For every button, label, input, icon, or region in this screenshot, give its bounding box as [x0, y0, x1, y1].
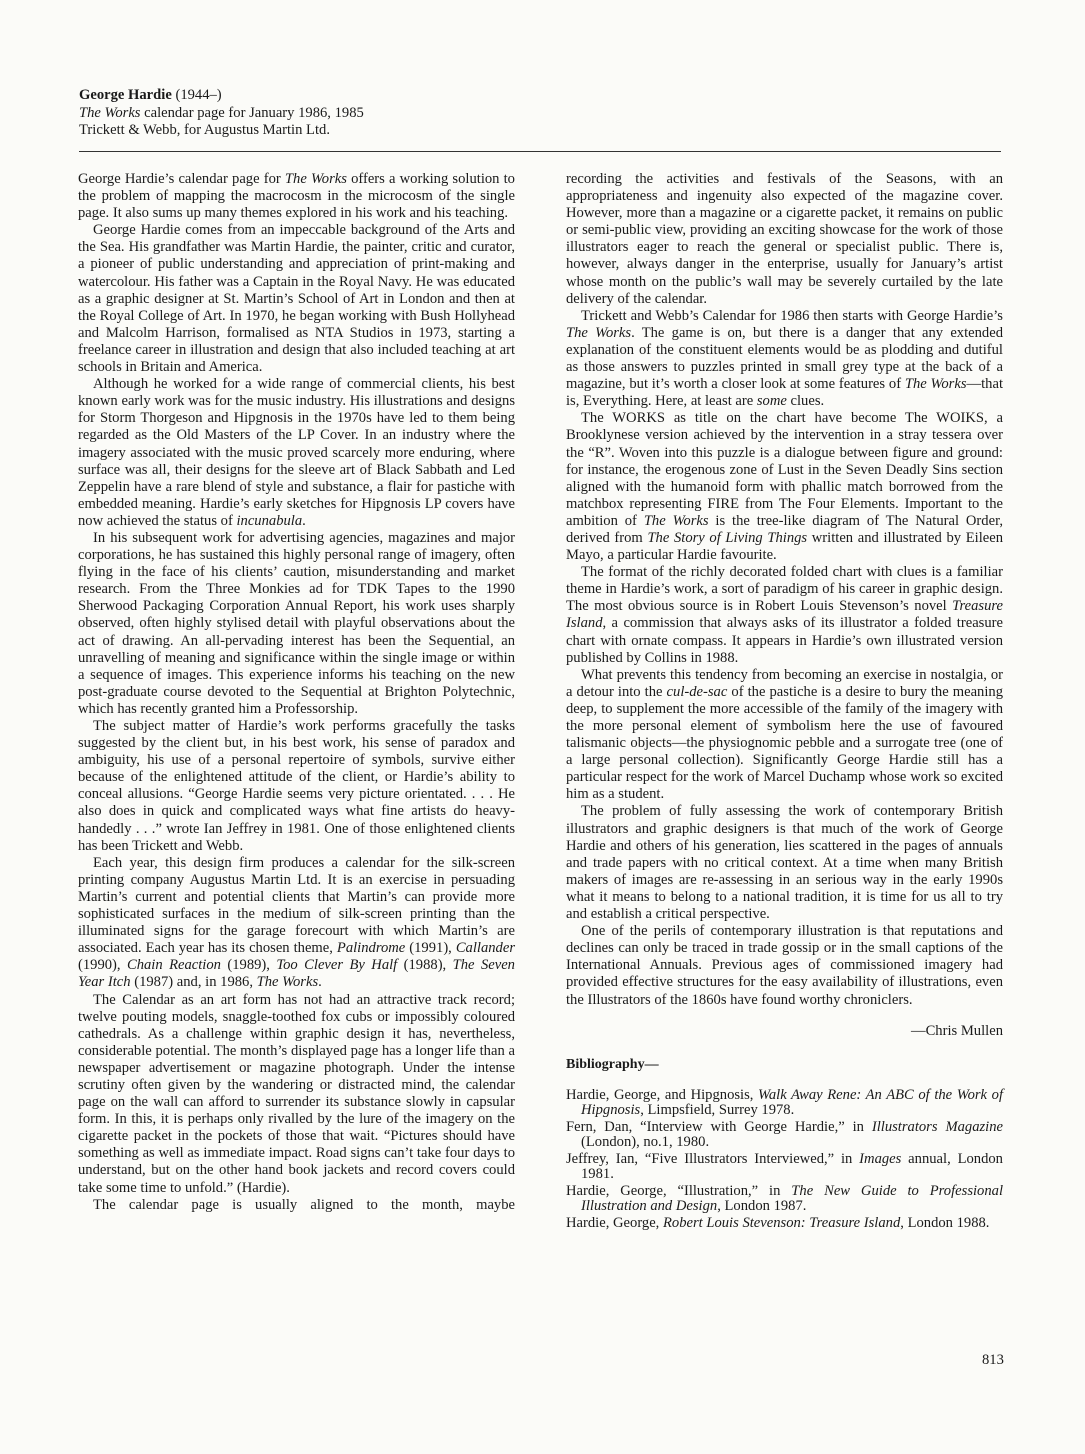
caption-header: George Hardie (1944–) The Works calendar…	[79, 87, 364, 140]
work-title: The Works	[79, 105, 141, 121]
header-divider	[79, 151, 1001, 152]
client-line: Trickett & Webb, for Augustus Martin Ltd…	[79, 122, 364, 140]
artist-name: George Hardie	[79, 87, 172, 103]
right-column: recording the activities and festivals o…	[566, 171, 1003, 1232]
work-description: calendar page for January 1986, 1985	[141, 105, 364, 121]
paragraph: Although he worked for a wide range of c…	[78, 376, 515, 530]
bibliography-entry: Hardie, George, “Illustration,” in The N…	[566, 1184, 1003, 1215]
paragraph: Each year, this design firm produces a c…	[78, 855, 515, 992]
bibliography-entry: Fern, Dan, “Interview with George Hardie…	[566, 1120, 1003, 1151]
artist-line: George Hardie (1944–)	[79, 87, 364, 105]
work-line: The Works calendar page for January 1986…	[79, 105, 364, 123]
paragraph: The problem of fully assessing the work …	[566, 803, 1003, 923]
bibliography-entry: Hardie, George, and Hipgnosis, Walk Away…	[566, 1088, 1003, 1119]
paragraph: One of the perils of contemporary illust…	[566, 923, 1003, 1008]
bibliography-entry: Jeffrey, Ian, “Five Illustrators Intervi…	[566, 1152, 1003, 1183]
artist-dates: (1944–)	[172, 87, 222, 103]
author-signature: —Chris Mullen	[566, 1023, 1003, 1040]
paragraph: What prevents this tendency from becomin…	[566, 667, 1003, 804]
paragraph: George Hardie’s calendar page for The Wo…	[78, 171, 515, 222]
bibliography-list: Hardie, George, and Hipgnosis, Walk Away…	[566, 1088, 1003, 1232]
paragraph: The calendar page is usually aligned to …	[78, 1197, 515, 1214]
paragraph: Trickett and Webb’s Calendar for 1986 th…	[566, 308, 1003, 411]
bibliography-heading: Bibliography—	[566, 1056, 1003, 1073]
page-number: 813	[982, 1352, 1004, 1369]
paragraph: The Calendar as an art form has not had …	[78, 992, 515, 1197]
paragraph: The format of the richly decorated folde…	[566, 564, 1003, 667]
paragraph: recording the activities and festivals o…	[566, 171, 1003, 308]
bibliography-entry: Hardie, George, Robert Louis Stevenson: …	[566, 1216, 1003, 1232]
paragraph: The WORKS as title on the chart have bec…	[566, 410, 1003, 564]
paragraph: The subject matter of Hardie’s work perf…	[78, 718, 515, 855]
paragraph: In his subsequent work for advertising a…	[78, 530, 515, 718]
paragraph: George Hardie comes from an impeccable b…	[78, 222, 515, 376]
left-column: George Hardie’s calendar page for The Wo…	[78, 171, 515, 1214]
